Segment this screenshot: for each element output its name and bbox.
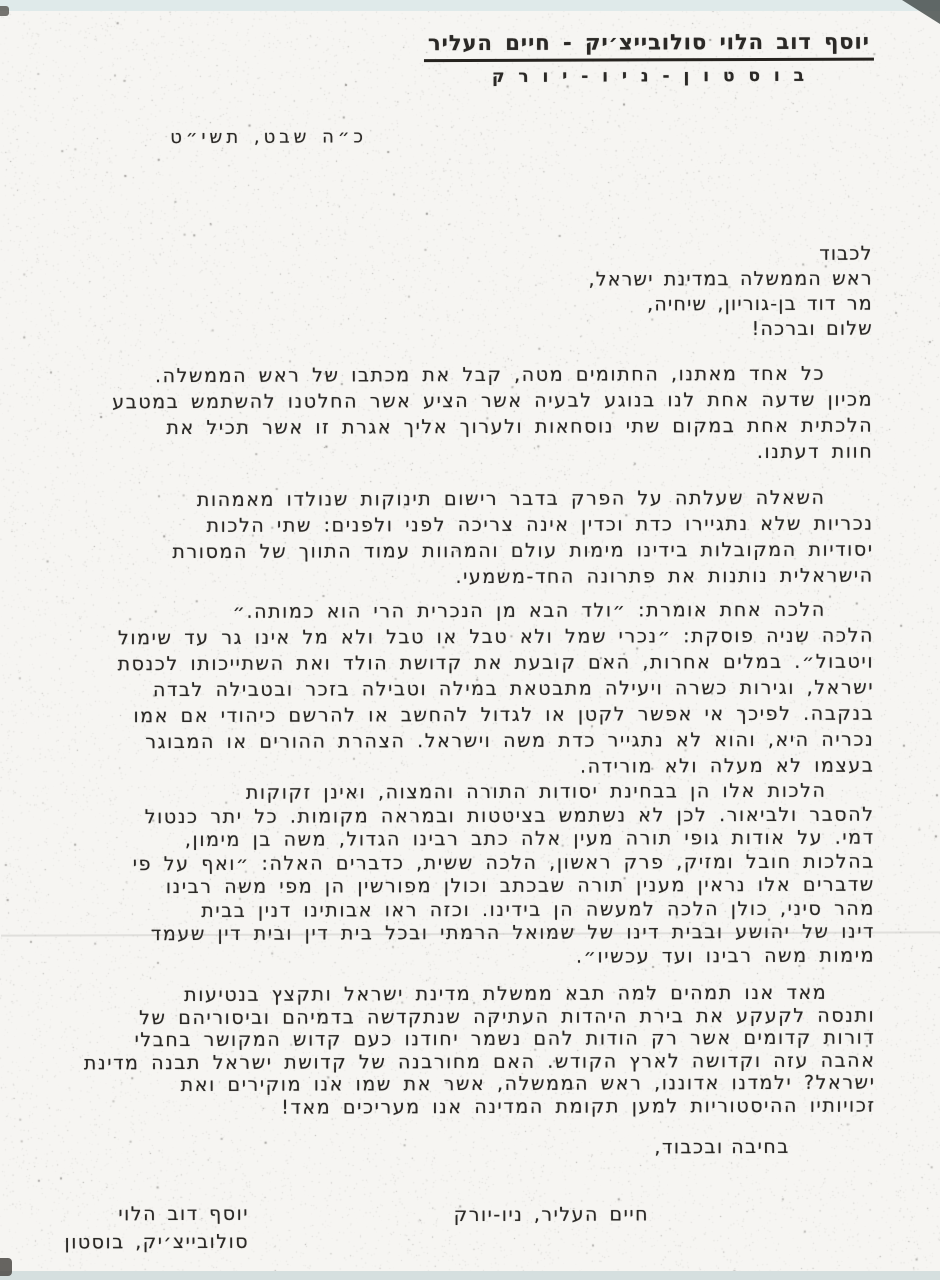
signature-soloveitchik-city: סולובייצ׳יק, בוסטון <box>64 1228 249 1257</box>
paragraph-line: ותנסה לקעקע את בירת היהדות העתיקה שנתקדש… <box>41 1004 875 1029</box>
recipient-name: מר דוד בן-גוריון, שיחיה, <box>589 292 873 318</box>
paragraph-line: מימות משה רבינו ועד עכשיו״. <box>41 944 875 970</box>
recipient-block: לכבוד ראש הממשלה במדינת ישראל, מר דוד בן… <box>588 242 873 343</box>
paragraph-2: השאלה שעלתה על הפרק בדבר רישום תינוקות ש… <box>39 485 873 592</box>
salutation: שלום וברכה! <box>589 317 873 343</box>
date-line: כ״ה שבט, תשי״ט <box>170 126 367 148</box>
scanned-letter-page: יוסף דוב הלוי סולובייצ׳יק - חיים העליר ב… <box>0 0 940 1280</box>
paragraph-line: להסבר ולביאור. לכן לא נשתמש בציטטות ובמר… <box>41 803 875 829</box>
paragraph-line: שדברים אלו נראין מענין תורה שבכתב וכולן … <box>41 874 875 900</box>
paragraph-line: זכויותיו ההיסטוריות למען תקומת המדינה אנ… <box>42 1094 876 1119</box>
paragraph-line: נכריה היא, והוא לא נתגייר כדת משה וישראל… <box>40 727 874 756</box>
paragraph-line: השאלה שעלתה על הפרק בדבר רישום תינוקות ש… <box>39 485 873 514</box>
paragraph-line: מאד אנו תמהים למה תבא ממשלת מדינת ישראל … <box>41 982 875 1007</box>
signature-heller: חיים העליר, ניו-יורק <box>454 1203 649 1226</box>
paragraph-line: דורות קדומים אשר רק הודות להם נשמר יחודנ… <box>41 1027 875 1052</box>
paragraph-line: הלכה שניה פוסקת: ״נכרי שמל ולא טבל או טב… <box>40 623 874 652</box>
signature-soloveitchik-name: יוסף דוב הלוי <box>64 1200 249 1229</box>
paragraph-line: בנקבה. לפיכך אי אפשר לקטן או לגדול להחשב… <box>40 701 874 730</box>
recipient-title: ראש הממשלה במדינת ישראל, <box>588 267 872 293</box>
letterhead-names: יוסף דוב הלוי סולובייצ׳יק - חיים העליר <box>424 30 874 63</box>
paragraph-line: ויטבול״. במלים אחרות, האם קובעת את קדושת… <box>40 649 874 678</box>
signature-soloveitchik: יוסף דוב הלוי סולובייצ׳יק, בוסטון <box>64 1200 249 1257</box>
paragraph-line: ישראל? ילמדנו אדוננו, ראש הממשלה, אשר את… <box>42 1072 876 1097</box>
paragraph-line: בעצמו לא מעלה ולא מורידה. <box>40 753 874 782</box>
paragraph-line: הלכות אלו הן בבחינת יסודות התורה והמצוה,… <box>40 780 874 806</box>
paragraph-line: יסודיות המקובלות בידינו מימות עולם והמהו… <box>40 537 874 566</box>
paragraph-line: הלכתית אחת במקום שתי נוסחאות ולערוך אליך… <box>39 413 873 442</box>
scanner-edge-top <box>0 0 940 11</box>
paragraph-line: אהבה עזה וקדושה לארץ הקודש. האם מחורבנה … <box>41 1049 875 1074</box>
paragraph-line: מכיון שדעה אחת לנו בנוגע לבעיה אשר הציע … <box>39 387 873 416</box>
paragraph-line: נכריות שלא נתגיירו כדת וכדין אינה צריכה … <box>40 511 874 540</box>
paragraph-5: מאד אנו תמהים למה תבא ממשלת מדינת ישראל … <box>41 982 875 1120</box>
paragraph-3: הלכה אחת אומרת: ״ולד הבא מן הנכרית הרי ה… <box>40 597 875 782</box>
paragraph-line: הישראלית נותנות את פתרונה החד-משמעי. <box>40 563 874 592</box>
paragraph-1: כל אחד מאתנו, החתומים מטה, קבל את מכתבו … <box>39 361 873 468</box>
paragraph-4: הלכות אלו הן בבחינת יסודות התורה והמצוה,… <box>40 780 875 971</box>
recipient-honorific: לכבוד <box>588 242 872 268</box>
paragraph-line: דמי. על אודות גופי תורה מעין אלה כתב רבי… <box>41 827 875 853</box>
letterhead-location: ב ו ס ט ו ן - נ י ו - י ו ר ק <box>492 66 808 87</box>
letter-content: יוסף דוב הלוי סולובייצ׳יק - חיים העליר ב… <box>0 0 940 1280</box>
paragraph-line: כל אחד מאתנו, החתומים מטה, קבל את מכתבו … <box>39 361 873 390</box>
paragraph-line: הלכה אחת אומרת: ״ולד הבא מן הנכרית הרי ה… <box>40 597 874 626</box>
paragraph-line: ישראל, וגירות כשרה ויעילה מתבטאת במילה ו… <box>40 675 874 704</box>
scan-corner-artifact-bottom-left <box>0 1258 12 1276</box>
scanner-edge-bottom <box>0 1271 940 1280</box>
paragraph-line: חוות דעתנו. <box>39 439 873 468</box>
scan-corner-artifact-top-left <box>0 6 9 16</box>
closing-line: בחיבה ובכבוד, <box>654 1136 789 1158</box>
paragraph-line: מהר סיני, כולן הלכה למעשה הן בידינו. וכז… <box>41 897 875 923</box>
paragraph-line: בהלכות חובל ומזיק, פרק ראשון, הלכה ששית,… <box>41 850 875 876</box>
